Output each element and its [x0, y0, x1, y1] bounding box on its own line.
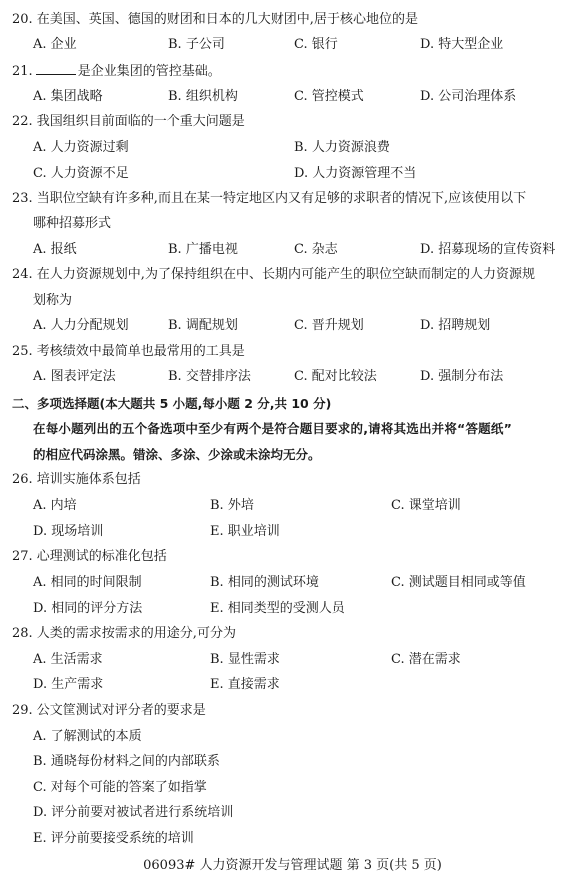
- question-27-stem: 27. 心理测试的标准化包括: [12, 548, 167, 566]
- q21-option-b: B. 组织机构: [168, 88, 238, 106]
- page-footer: 06093# 人力资源开发与管理试题 第 3 页(共 5 页): [0, 857, 585, 875]
- q27-option-a: A. 相同的时间限制: [33, 574, 142, 592]
- question-23-stem: 23. 当职位空缺有许多种,而且在某一特定地区内又有足够的求职者的情况下,应该使…: [12, 190, 526, 208]
- q28-option-a: A. 生活需求: [33, 651, 103, 669]
- q28-option-b: B. 显性需求: [210, 651, 280, 669]
- q29-option-d: D. 评分前要对被试者进行系统培训: [33, 804, 233, 822]
- q26-option-d: D. 现场培训: [33, 523, 103, 541]
- q23-option-a: A. 报纸: [33, 241, 77, 259]
- q21-option-c: C. 管控模式: [294, 88, 364, 106]
- q29-option-a: A. 了解测试的本质: [33, 728, 142, 746]
- q20-option-d: D. 特大型企业: [420, 36, 503, 54]
- q28-option-e: E. 直接需求: [210, 676, 280, 694]
- q29-option-b: B. 通晓每份材料之间的内部联系: [33, 753, 220, 771]
- question-20-stem: 20. 在美国、英国、德国的财团和日本的几大财团中,居于核心地位的是: [12, 11, 418, 29]
- q26-option-e: E. 职业培训: [210, 523, 280, 541]
- question-29-stem: 29. 公文筐测试对评分者的要求是: [12, 702, 206, 720]
- q25-option-b: B. 交替排序法: [168, 368, 251, 386]
- q28-option-d: D. 生产需求: [33, 676, 103, 694]
- q23-option-c: C. 杂志: [294, 241, 338, 259]
- q29-option-e: E. 评分前要接受系统的培训: [33, 830, 194, 848]
- q22-option-c: C. 人力资源不足: [33, 165, 129, 183]
- q27-option-e: E. 相同类型的受测人员: [210, 600, 345, 618]
- q26-option-a: A. 内培: [33, 497, 77, 515]
- q24-option-b: B. 调配规划: [168, 317, 238, 335]
- q26-option-b: B. 外培: [210, 497, 254, 515]
- q22-option-a: A. 人力资源过剩: [33, 139, 129, 157]
- question-24-stem: 24. 在人力资源规划中,为了保持组织在中、长期内可能产生的职位空缺而制定的人力…: [12, 266, 535, 284]
- question-21-stem: 21.是企业集团的管控基础。: [12, 62, 221, 80]
- q24-option-a: A. 人力分配规划: [33, 317, 129, 335]
- q20-option-b: B. 子公司: [168, 36, 225, 54]
- question-22-stem: 22. 我国组织目前面临的一个重大问题是: [12, 113, 245, 131]
- q25-option-c: C. 配对比较法: [294, 368, 377, 386]
- section-2-instruction-continued: 的相应代码涂黑。错涂、多涂、少涂或未涂均无分。: [33, 446, 321, 464]
- fill-in-blank: [36, 62, 76, 75]
- q28-option-c: C. 潜在需求: [391, 651, 461, 669]
- question-26-stem: 26. 培训实施体系包括: [12, 471, 141, 489]
- q26-option-c: C. 课堂培训: [391, 497, 461, 515]
- q24-option-c: C. 晋升规划: [294, 317, 364, 335]
- q21-option-a: A. 集团战略: [33, 88, 103, 106]
- q22-option-d: D. 人力资源管理不当: [294, 165, 416, 183]
- q20-option-c: C. 银行: [294, 36, 338, 54]
- q25-option-d: D. 强制分布法: [420, 368, 503, 386]
- q21-option-d: D. 公司治理体系: [420, 88, 516, 106]
- question-text: 是企业集团的管控基础。: [78, 64, 221, 79]
- q25-option-a: A. 图表评定法: [33, 368, 116, 386]
- q27-option-b: B. 相同的测试环境: [210, 574, 319, 592]
- q29-option-c: C. 对每个可能的答案了如指掌: [33, 779, 207, 797]
- q23-option-d: D. 招募现场的宣传资料: [420, 241, 555, 259]
- question-25-stem: 25. 考核绩效中最简单也最常用的工具是: [12, 343, 245, 361]
- question-24-stem-continued: 划称为: [33, 292, 72, 310]
- q24-option-d: D. 招聘规划: [420, 317, 490, 335]
- q27-option-c: C. 测试题目相同或等值: [391, 574, 526, 592]
- question-28-stem: 28. 人类的需求按需求的用途分,可分为: [12, 625, 236, 643]
- question-number: 21.: [12, 64, 33, 79]
- q23-option-b: B. 广播电视: [168, 241, 238, 259]
- question-23-stem-continued: 哪种招募形式: [33, 215, 111, 233]
- q27-option-d: D. 相同的评分方法: [33, 600, 142, 618]
- section-2-instruction: 在每小题列出的五个备选项中至少有两个是符合题目要求的,请将其选出并将“答题纸”: [33, 420, 512, 438]
- section-2-title: 二、多项选择题(本大题共 5 小题,每小题 2 分,共 10 分): [12, 395, 331, 413]
- q22-option-b: B. 人力资源浪费: [294, 139, 390, 157]
- q20-option-a: A. 企业: [33, 36, 77, 54]
